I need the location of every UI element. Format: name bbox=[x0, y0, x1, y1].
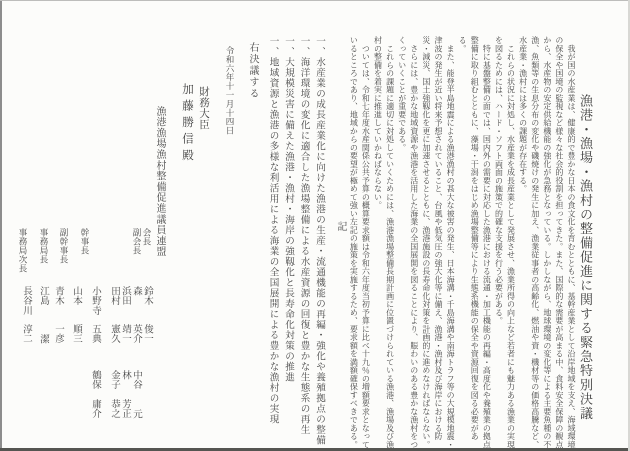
closing-line: 右決議する bbox=[245, 42, 260, 100]
officer-name: 山本順三 bbox=[69, 286, 83, 344]
body-text: 我が国の水産業は、健康的で豊かな日本の食文化を育むとともに、基幹産業として沿岸地… bbox=[359, 36, 577, 450]
role-fukukaicho: 副会長 bbox=[131, 228, 143, 255]
role-jimukyokucho: 事務局長 bbox=[38, 228, 50, 264]
resolution-items: 一、水産業の成長産業化に向けた漁港の生産・流通機能の再編・強化や養殖拠点の整備 … bbox=[264, 36, 327, 450]
role-fukukanjicho: 副幹事長 bbox=[58, 228, 70, 264]
document-page: 漁港・漁場・漁村の整備促進に関する緊急特別決議 我が国の水産業は、健康的で豊かな… bbox=[0, 0, 630, 451]
role-jimukyokujicho: 事務局次長 bbox=[17, 228, 29, 273]
officer-name: 金子恭之 bbox=[107, 370, 121, 419]
scan-edge-left bbox=[0, 0, 2, 451]
role-kanjicho: 幹事長 bbox=[79, 228, 91, 255]
organization-name: 漁港漁場漁村整備促進議員連盟 bbox=[152, 106, 167, 257]
officer-name: 小野寺五典 bbox=[88, 286, 102, 344]
addressee-name: 加藤勝信殿 bbox=[179, 83, 195, 166]
scan-edge-top bbox=[0, 0, 630, 1]
date-line: 令和六年十一月十四日 bbox=[224, 46, 236, 135]
officer-name: 江島潔 bbox=[36, 286, 50, 344]
officer-name: 田村憲久 bbox=[107, 286, 121, 344]
document-title: 漁港・漁場・漁村の整備促進に関する緊急特別決議 bbox=[576, 94, 595, 421]
addressee-title: 財務大臣 bbox=[196, 86, 211, 130]
ki-label: 記 bbox=[333, 221, 348, 232]
officer-name: 青木一彦 bbox=[51, 286, 65, 344]
officer-name: 長谷川淳二 bbox=[19, 286, 33, 344]
officer-name: 鶴保庸介 bbox=[88, 370, 102, 419]
